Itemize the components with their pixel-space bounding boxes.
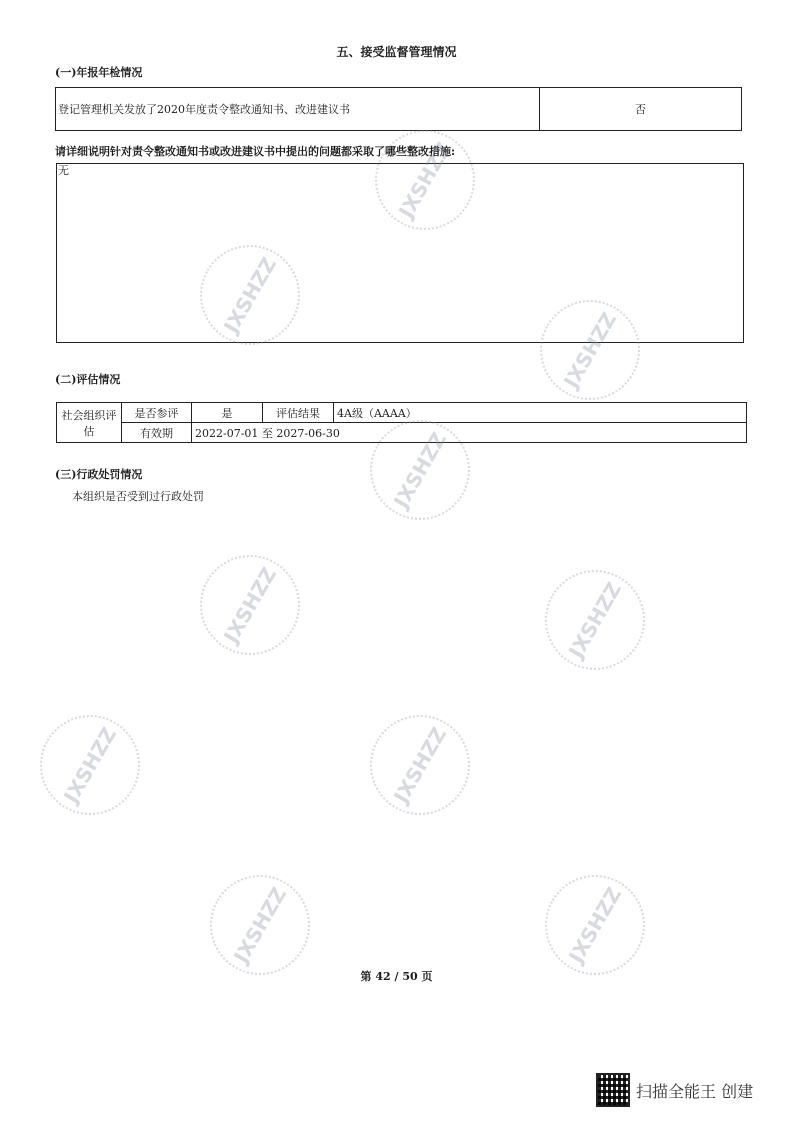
watermark-stamp: JXSHZZ — [352, 697, 489, 834]
result-value: 4A级（AAAA） — [334, 403, 747, 423]
evaluation-row-header: 社会组织评估 — [57, 403, 122, 443]
participated-label: 是否参评 — [122, 403, 192, 423]
validity-label: 有效期 — [122, 423, 192, 443]
section-evaluation-heading: (二)评估情况 — [55, 371, 120, 387]
annual-check-table: 登记管理机关发放了2020年度责令整改通知书、改进建议书 否 — [55, 87, 742, 131]
watermark-stamp: JXSHZZ — [182, 537, 319, 674]
rectification-measures-text: 无 — [58, 162, 69, 178]
result-label: 评估结果 — [263, 403, 334, 423]
watermark-stamp: JXSHZZ — [527, 552, 664, 689]
scanner-footer: 扫描全能王 创建 — [596, 1073, 753, 1107]
rectification-notice-label: 登记管理机关发放了2020年度责令整改通知书、改进建议书 — [56, 88, 540, 131]
penalty-question: 本组织是否受到过行政处罚 — [72, 488, 204, 504]
section-annual-check-heading: (一)年报年检情况 — [55, 64, 142, 80]
page-number: 第 42 / 50 页 — [0, 968, 793, 984]
section-penalty-heading: (三)行政处罚情况 — [55, 466, 142, 482]
watermark-stamp: JXSHZZ — [22, 697, 159, 834]
page-title: 五、接受监督管理情况 — [0, 43, 793, 60]
scanner-footer-text: 扫描全能王 创建 — [636, 1079, 753, 1102]
participated-value: 是 — [192, 403, 263, 423]
rectification-notice-value: 否 — [540, 88, 742, 131]
validity-value: 2022-07-01 至 2027-06-30 — [192, 423, 747, 443]
qr-code-icon — [596, 1073, 630, 1107]
